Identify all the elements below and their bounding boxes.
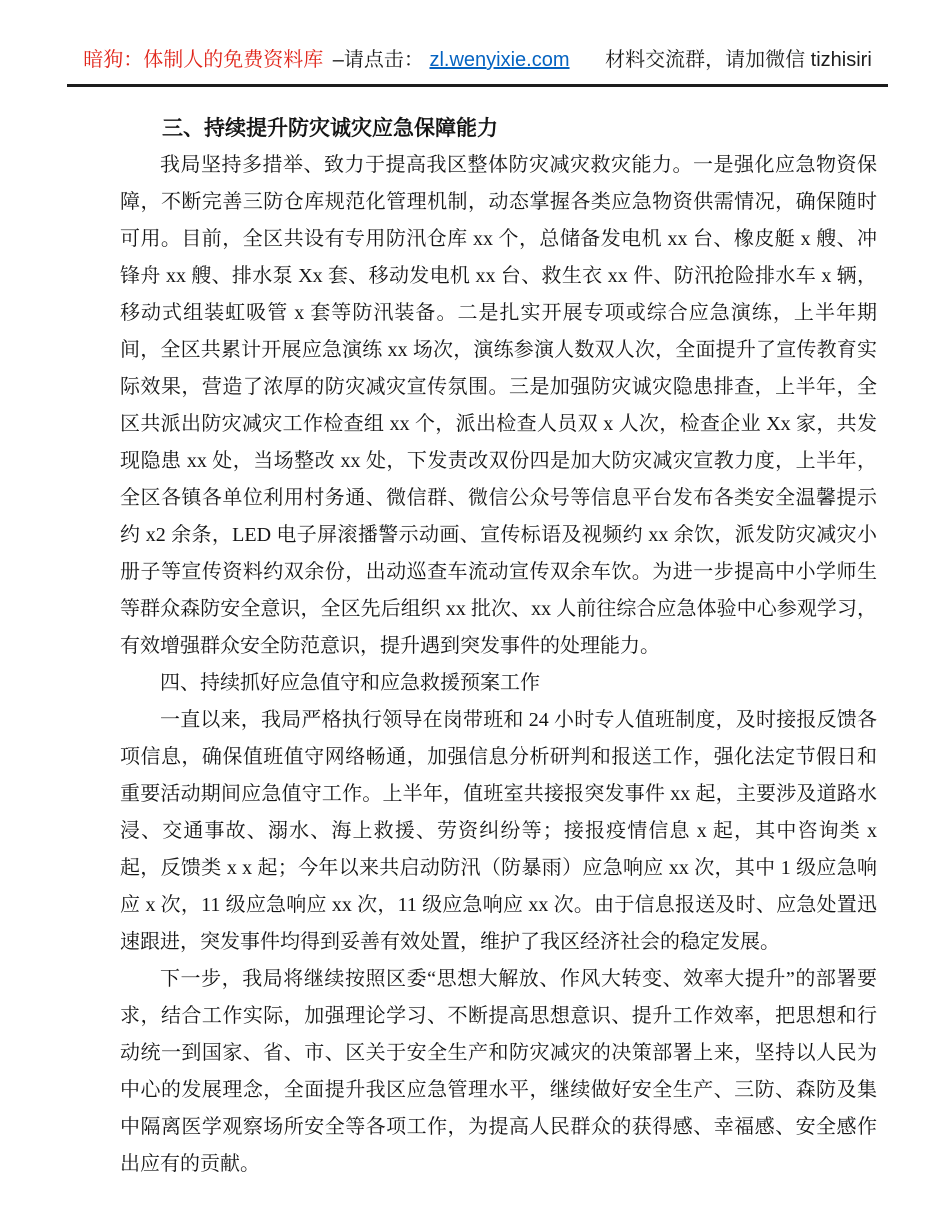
document-body: 三、持续提升防灾诚灾应急保障能力 我局坚持多措举、致力于提高我区整体防灾减灾救灾… <box>0 87 950 1183</box>
header-wechat-note: 材料交流群，请加微信 tizhisiri <box>605 49 872 71</box>
header-brand-text: 暗狗：体制人的免费资料库 <box>83 49 323 71</box>
header-website-link[interactable]: zl.wenyixie.com <box>429 49 569 71</box>
paragraph-next-steps: 下一步，我局将继续按照区委“思想大解放、作风大转变、效率大提升”的部署要求，结合… <box>120 961 877 1183</box>
page-header: 暗狗：体制人的免费资料库 –请点击： zl.wenyixie.com 材料交流群… <box>67 0 888 87</box>
section-heading-four: 四、持续抓好应急值守和应急救援预案工作 <box>120 665 877 702</box>
section-heading-three: 三、持续提升防灾诚灾应急保障能力 <box>120 110 877 147</box>
paragraph-duty-watch: 一直以来，我局严格执行领导在岗带班和 24 小时专人值班制度，及时接报反馈各项信… <box>120 702 877 961</box>
header-click-prompt: –请点击： <box>333 49 424 71</box>
paragraph-disaster-prevention: 我局坚持多措举、致力于提高我区整体防灾减灾救灾能力。一是强化应急物资保障，不断完… <box>120 147 877 665</box>
document-page: 暗狗：体制人的免费资料库 –请点击： zl.wenyixie.com 材料交流群… <box>0 0 950 1230</box>
